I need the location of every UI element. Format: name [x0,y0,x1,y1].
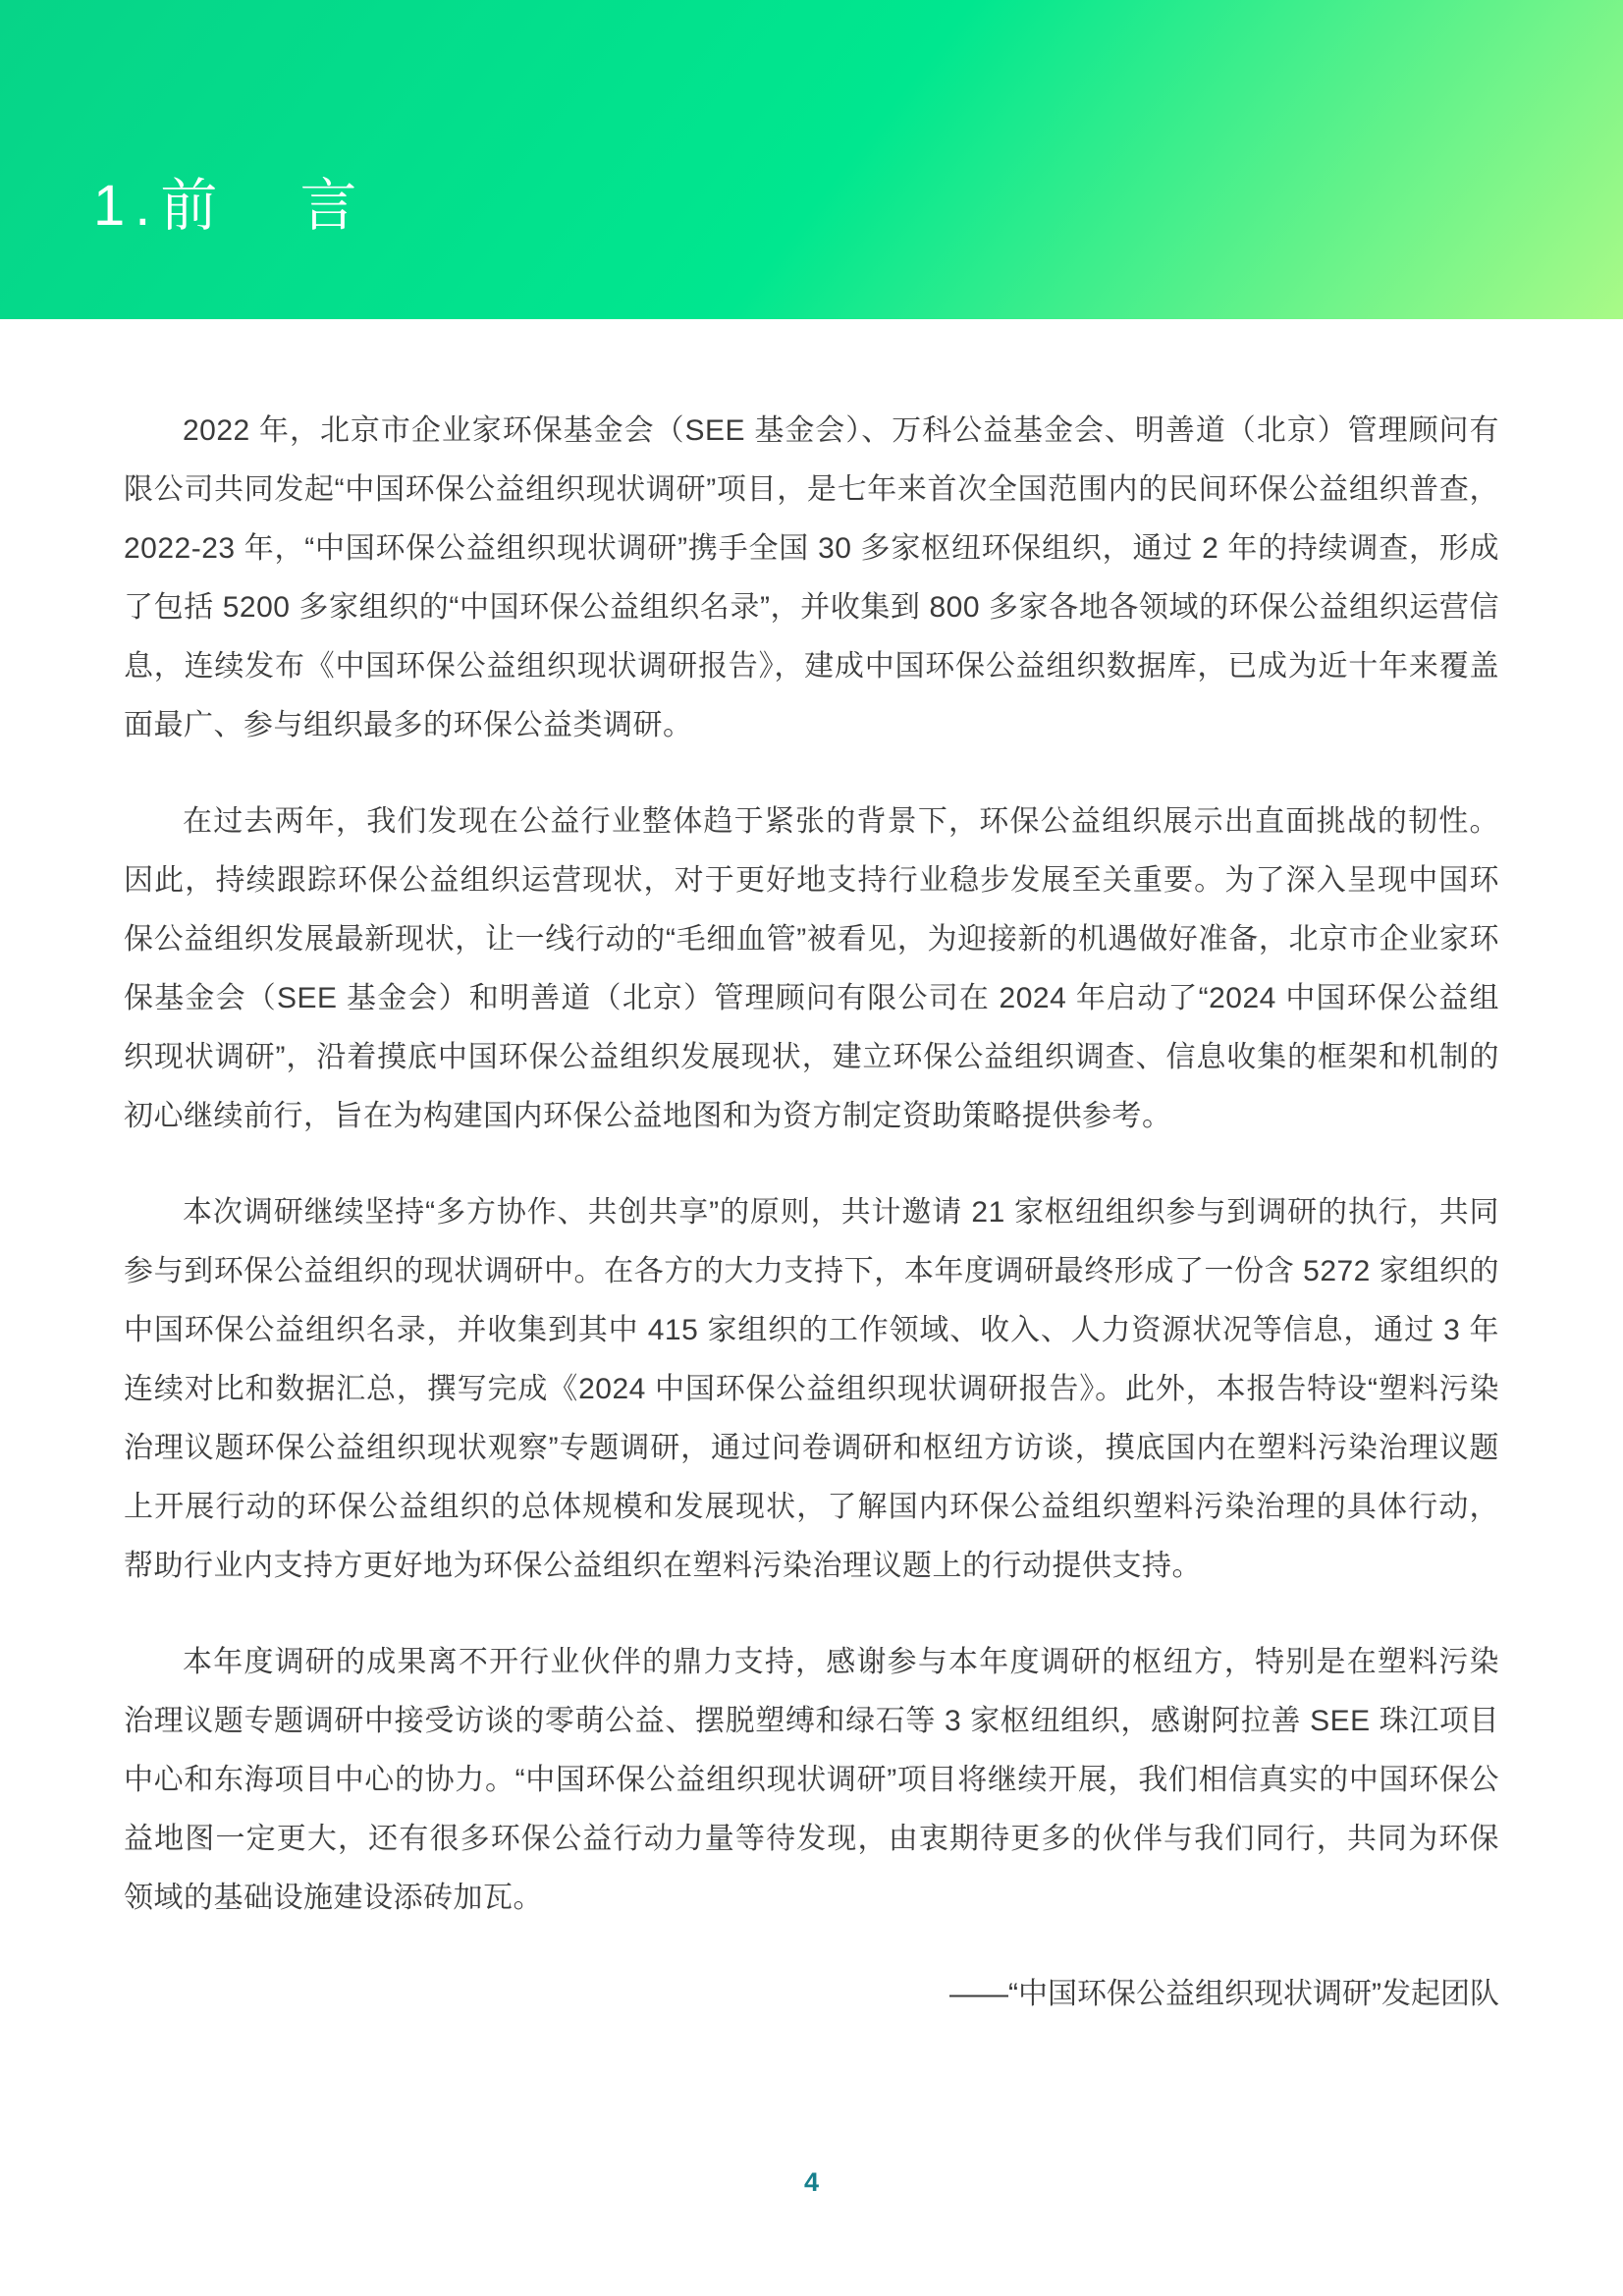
paragraph-4: 本年度调研的成果离不开行业伙伴的鼎力支持，感谢参与本年度调研的枢纽方，特别是在塑… [124,1633,1499,1928]
paragraph-1: 2022 年，北京市企业家环保基金会（SEE 基金会）、万科公益基金会、明善道（… [124,402,1499,755]
body-content: 2022 年，北京市企业家环保基金会（SEE 基金会）、万科公益基金会、明善道（… [0,319,1623,2024]
page-number: 4 [0,2167,1623,2198]
report-page: 1.前 言 2022 年，北京市企业家环保基金会（SEE 基金会）、万科公益基金… [0,0,1623,2296]
section-title: 1.前 言 [93,178,391,235]
paragraph-3: 本次调研继续坚持“多方协作、共创共享”的原则，共计邀请 21 家枢纽组织参与到调… [124,1183,1499,1596]
section-header-banner: 1.前 言 [0,0,1623,319]
signature-line: ——“中国环保公益组织现状调研”发起团队 [124,1965,1499,2024]
section-title-text: 前 言 [160,174,390,238]
paragraph-2: 在过去两年，我们发现在公益行业整体趋于紧张的背景下，环保公益组织展示出直面挑战的… [124,793,1499,1146]
section-number: 1. [93,174,160,238]
